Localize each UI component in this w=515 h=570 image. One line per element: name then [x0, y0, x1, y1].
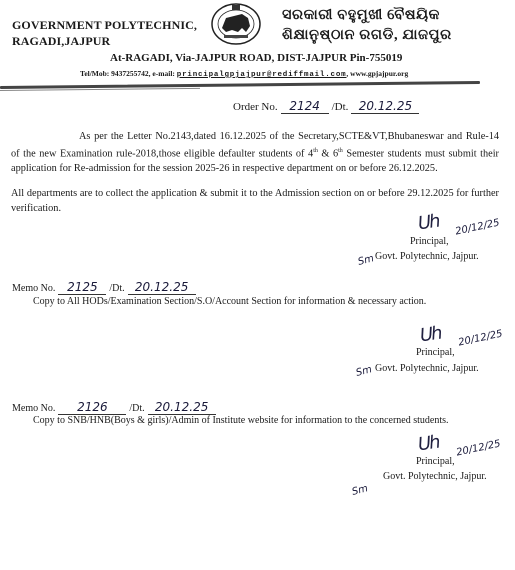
- office-name: Govt. Polytechnic, Jajpur.: [375, 363, 479, 374]
- order-date-label: /Dt.: [332, 101, 349, 113]
- memo-label: Memo No.: [12, 403, 55, 414]
- memo-number: 2126: [58, 400, 126, 415]
- order-label: Order No.: [233, 101, 278, 113]
- header-divider: [0, 81, 480, 89]
- institute-address: At-RAGADI, Via-JAJPUR ROAD, DIST-JAJPUR …: [110, 52, 402, 64]
- principal-signature: Uh: [417, 432, 440, 456]
- website-link[interactable]: , www.gpjajpur.org: [346, 69, 408, 78]
- institute-name-odia-line1: ସରକାରୀ ବହୁମୁଖୀ ବୈଷୟିକ: [282, 5, 452, 25]
- institute-name-odia: ସରକାରୀ ବହୁମୁଖୀ ବୈଷୟିକ ଶିକ୍ଷାନୁଷ୍ଠାନ ରଗଡି…: [282, 5, 452, 45]
- memo-number: 2125: [58, 280, 106, 295]
- phone-number: Tel/Mob: 9437255742, e-mail:: [80, 69, 177, 78]
- signature-date: 20/12/25: [457, 328, 503, 348]
- memo-line-2: Memo No.2126/Dt.20.12.25: [12, 400, 219, 415]
- memo-line-1: Memo No.2125/Dt.20.12.25: [12, 280, 199, 295]
- memo-date: 20.12.25: [148, 400, 216, 415]
- memo-date-label: /Dt.: [129, 403, 144, 414]
- copy-to-line-2: Copy to SNB/HNB(Boys & girls)/Admin of I…: [33, 415, 449, 426]
- para1-text-b: & 6: [318, 148, 338, 159]
- office-name: Govt. Polytechnic, Jajpur.: [375, 251, 479, 262]
- notice-paragraph-1: As per the Letter No.2143,dated 16.12.20…: [11, 129, 499, 176]
- principal-signature: Uh: [419, 323, 442, 347]
- institute-name-line1: GOVERNMENT POLYTECHNIC,: [12, 17, 197, 33]
- memo-date-label: /Dt.: [109, 283, 124, 294]
- principal-title: Principal,: [416, 456, 455, 467]
- email-link[interactable]: principalgpjajpur@rediffmail.com: [177, 71, 347, 79]
- copy-to-line-1: Copy to All HODs/Examination Section/S.O…: [33, 296, 426, 307]
- order-line: Order No.2124/Dt.20.12.25: [233, 99, 422, 114]
- principal-title: Principal,: [410, 236, 449, 247]
- contact-line: Tel/Mob: 9437255742, e-mail: principalgp…: [80, 69, 408, 79]
- initials-mark: Sm: [357, 253, 375, 268]
- signature-date: 20/12/25: [455, 438, 501, 458]
- memo-date: 20.12.25: [128, 280, 196, 295]
- order-date: 20.12.25: [351, 99, 419, 114]
- initials-mark: Sm: [355, 364, 373, 379]
- memo-label: Memo No.: [12, 283, 55, 294]
- principal-signature: Uh: [417, 211, 440, 235]
- state-emblem-icon: [208, 2, 264, 46]
- institute-name-line2: RAGADI,JAJPUR: [12, 33, 197, 49]
- principal-title: Principal,: [416, 347, 455, 358]
- initials-mark: Sm: [351, 483, 369, 498]
- signature-date: 20/12/25: [454, 217, 500, 237]
- office-name: Govt. Polytechnic, Jajpur.: [383, 471, 487, 482]
- institute-name-odia-line2: ଶିକ୍ଷାନୁଷ୍ଠାନ ରଗଡି, ଯାଜପୁର: [282, 25, 452, 45]
- order-number: 2124: [281, 99, 329, 114]
- institute-name-english: GOVERNMENT POLYTECHNIC, RAGADI,JAJPUR: [12, 17, 197, 49]
